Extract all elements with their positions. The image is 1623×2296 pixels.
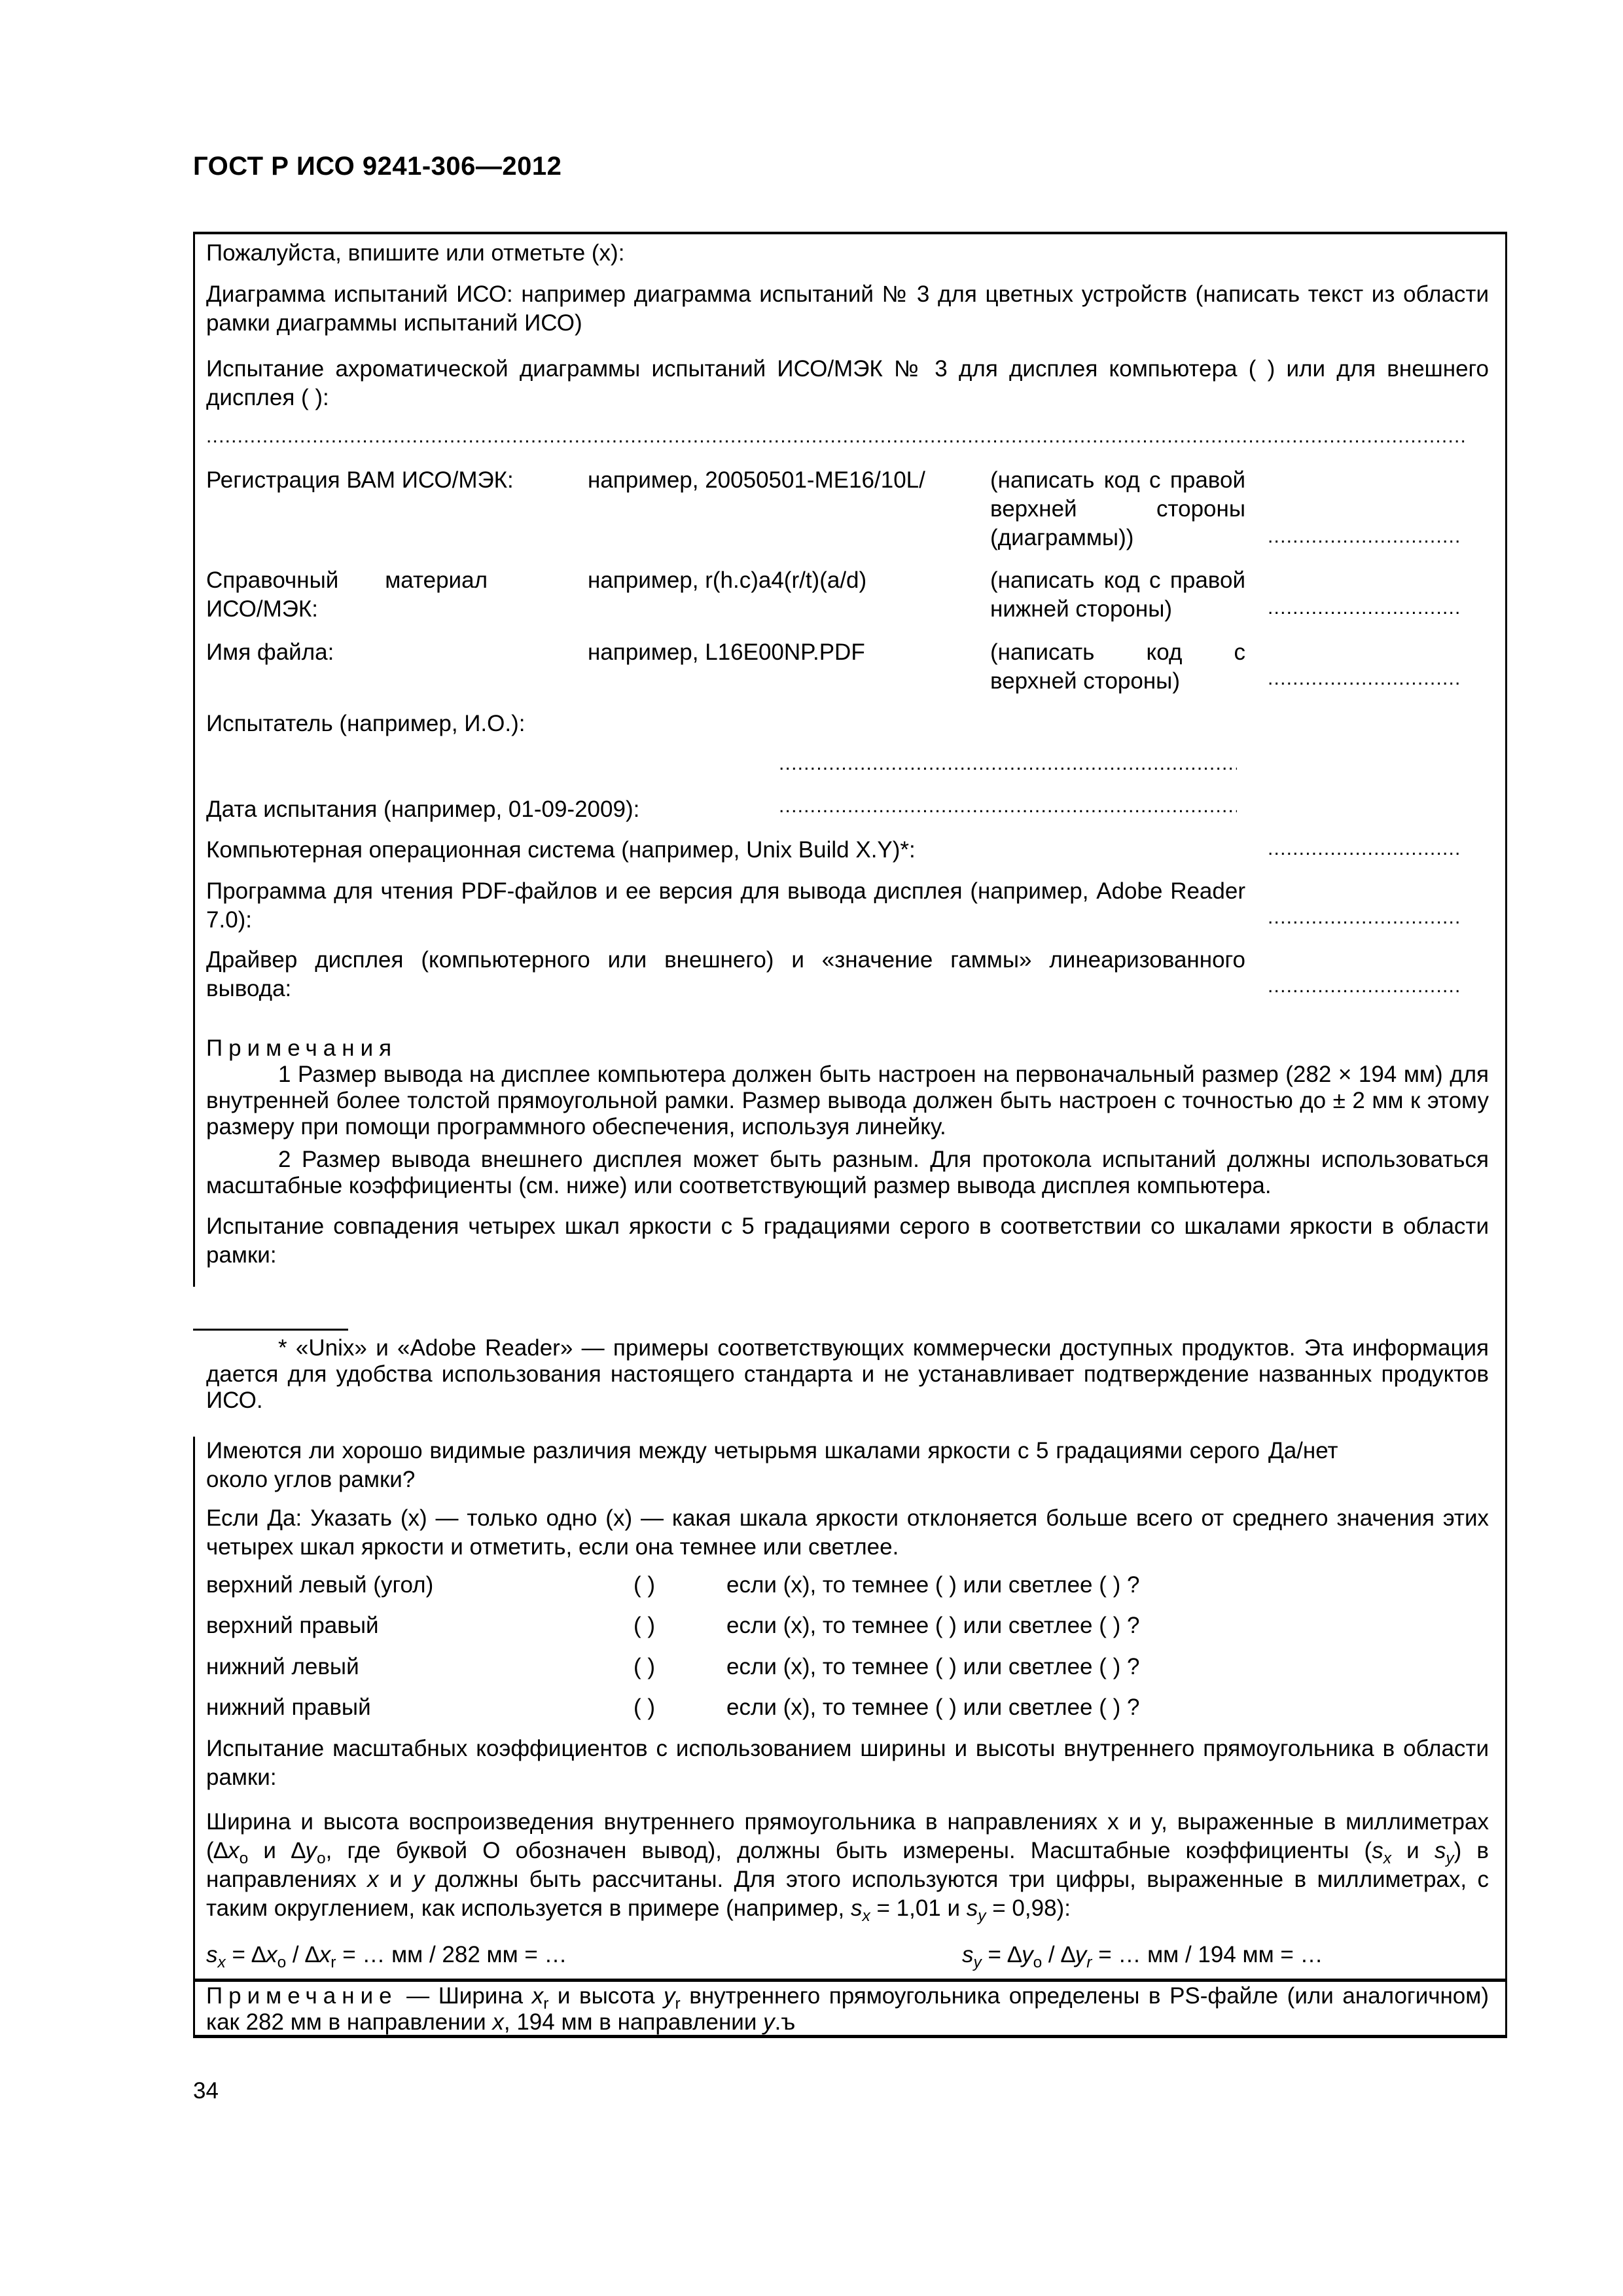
brightness-match-test: Испытание совпадения четырех шкал яркост… — [206, 1212, 1489, 1270]
note-2: 2 Размер вывода внешнего дисплея может б… — [206, 1147, 1489, 1199]
corner-checkbox[interactable]: ( ) — [633, 1653, 655, 1681]
page-header-title: ГОСТ Р ИСО 9241-306—2012 — [193, 152, 562, 181]
bam-registration-example: например, 20050501-ME16/10L/ — [588, 466, 925, 495]
pdf-reader-label: Программа для чтения PDF-файлов и ее вер… — [206, 877, 1245, 935]
tester-fill[interactable]: ........................................… — [779, 753, 1237, 775]
frame-left-border-lower — [193, 1437, 195, 2038]
reference-material-hint: (написать код с правой нижней стороны) — [990, 566, 1245, 624]
display-driver-label: Драйвер дисплея (компьютерного или внешн… — [206, 946, 1245, 1003]
display-driver-fill[interactable]: ............................... — [1268, 975, 1477, 997]
chart-description: Диаграмма испытаний ИСО: например диагра… — [206, 280, 1489, 338]
reference-material-label: Справочный материал ИСО/МЭК: — [206, 566, 488, 624]
corner-label: нижний правый — [206, 1693, 371, 1722]
note-1: 1 Размер вывода на дисплее компьютера до… — [206, 1062, 1489, 1140]
frame-top-border — [193, 232, 1507, 234]
form-intro: Пожалуйста, впишите или отметьте (x): — [206, 239, 624, 268]
bam-registration-hint: (написать код с правой верхней стороны (… — [990, 466, 1245, 552]
os-label: Компьютерная операционная система (напри… — [206, 836, 916, 865]
file-name-label: Имя файла: — [206, 638, 334, 667]
corner-label: нижний левый — [206, 1653, 359, 1681]
final-note: Примечание — Ширина xr и высота yr внутр… — [206, 1983, 1489, 2036]
bam-registration-fill[interactable]: ............................... — [1268, 526, 1477, 548]
if-yes-instructions: Если Да: Указать (x) — только одно (x) —… — [206, 1504, 1489, 1562]
file-name-hint: (написать код с верхней стороны) — [990, 638, 1245, 696]
formula-sx: sx = ∆xo / ∆xr = … мм / 282 мм = … — [206, 1941, 567, 1969]
test-date-label: Дата испытания (например, 01-09-2009): — [206, 795, 639, 824]
test-date-fill[interactable]: ........................................… — [779, 795, 1237, 817]
footnote-separator — [193, 1329, 348, 1331]
pdf-reader-fill[interactable]: ............................... — [1268, 906, 1477, 929]
corner-label: верхний правый — [206, 1611, 379, 1640]
final-note-title: Примечание — [206, 1983, 398, 2009]
corner-darker-lighter[interactable]: если (x), то темнее ( ) или светлее ( ) … — [726, 1653, 1139, 1681]
test-description: Испытание ахроматической диаграммы испыт… — [206, 355, 1489, 412]
frame-right-border — [1505, 232, 1507, 2038]
file-name-fill[interactable]: ............................... — [1268, 668, 1477, 690]
corner-checkbox[interactable]: ( ) — [633, 1693, 655, 1722]
page-number: 34 — [193, 2078, 219, 2104]
corner-label: верхний левый (угол) — [206, 1571, 433, 1600]
test-description-fill-line[interactable]: ........................................… — [206, 425, 1479, 448]
yes-no-options[interactable]: Да/нет — [1268, 1437, 1338, 1465]
file-name-example: например, L16E00NP.PDF — [588, 638, 865, 667]
note-separator — [193, 1979, 1507, 1982]
corner-checkbox[interactable]: ( ) — [633, 1571, 655, 1600]
tester-label: Испытатель (например, И.О.): — [206, 709, 526, 738]
measurement-instructions: Ширина и высота воспроизведения внутренн… — [206, 1808, 1489, 1923]
corner-darker-lighter[interactable]: если (x), то темнее ( ) или светлее ( ) … — [726, 1693, 1139, 1722]
reference-material-fill[interactable]: ............................... — [1268, 597, 1477, 619]
formula-sy: sy = ∆yo / ∆yr = … мм / 194 мм = … — [962, 1941, 1323, 1969]
visible-differences-question: Имеются ли хорошо видимые различия между… — [206, 1437, 1260, 1494]
frame-left-border-upper — [193, 232, 195, 1287]
document-page: ГОСТ Р ИСО 9241-306—2012 Пожалуйста, впи… — [0, 0, 1623, 2296]
corner-darker-lighter[interactable]: если (x), то темнее ( ) или светлее ( ) … — [726, 1571, 1139, 1600]
reference-material-example: например, r(h.c)a4(r/t)(a/d) — [588, 566, 866, 595]
corner-checkbox[interactable]: ( ) — [633, 1611, 655, 1640]
footnote-text: * «Unix» и «Adobe Reader» — примеры соот… — [206, 1335, 1489, 1414]
scale-factor-test: Испытание масштабных коэффициентов с исп… — [206, 1734, 1489, 1792]
notes-title: Примечания — [206, 1034, 397, 1063]
corner-darker-lighter[interactable]: если (x), то темнее ( ) или светлее ( ) … — [726, 1611, 1139, 1640]
os-fill[interactable]: ............................... — [1268, 838, 1477, 860]
bam-registration-label: Регистрация ВАМ ИСО/МЭК: — [206, 466, 514, 495]
